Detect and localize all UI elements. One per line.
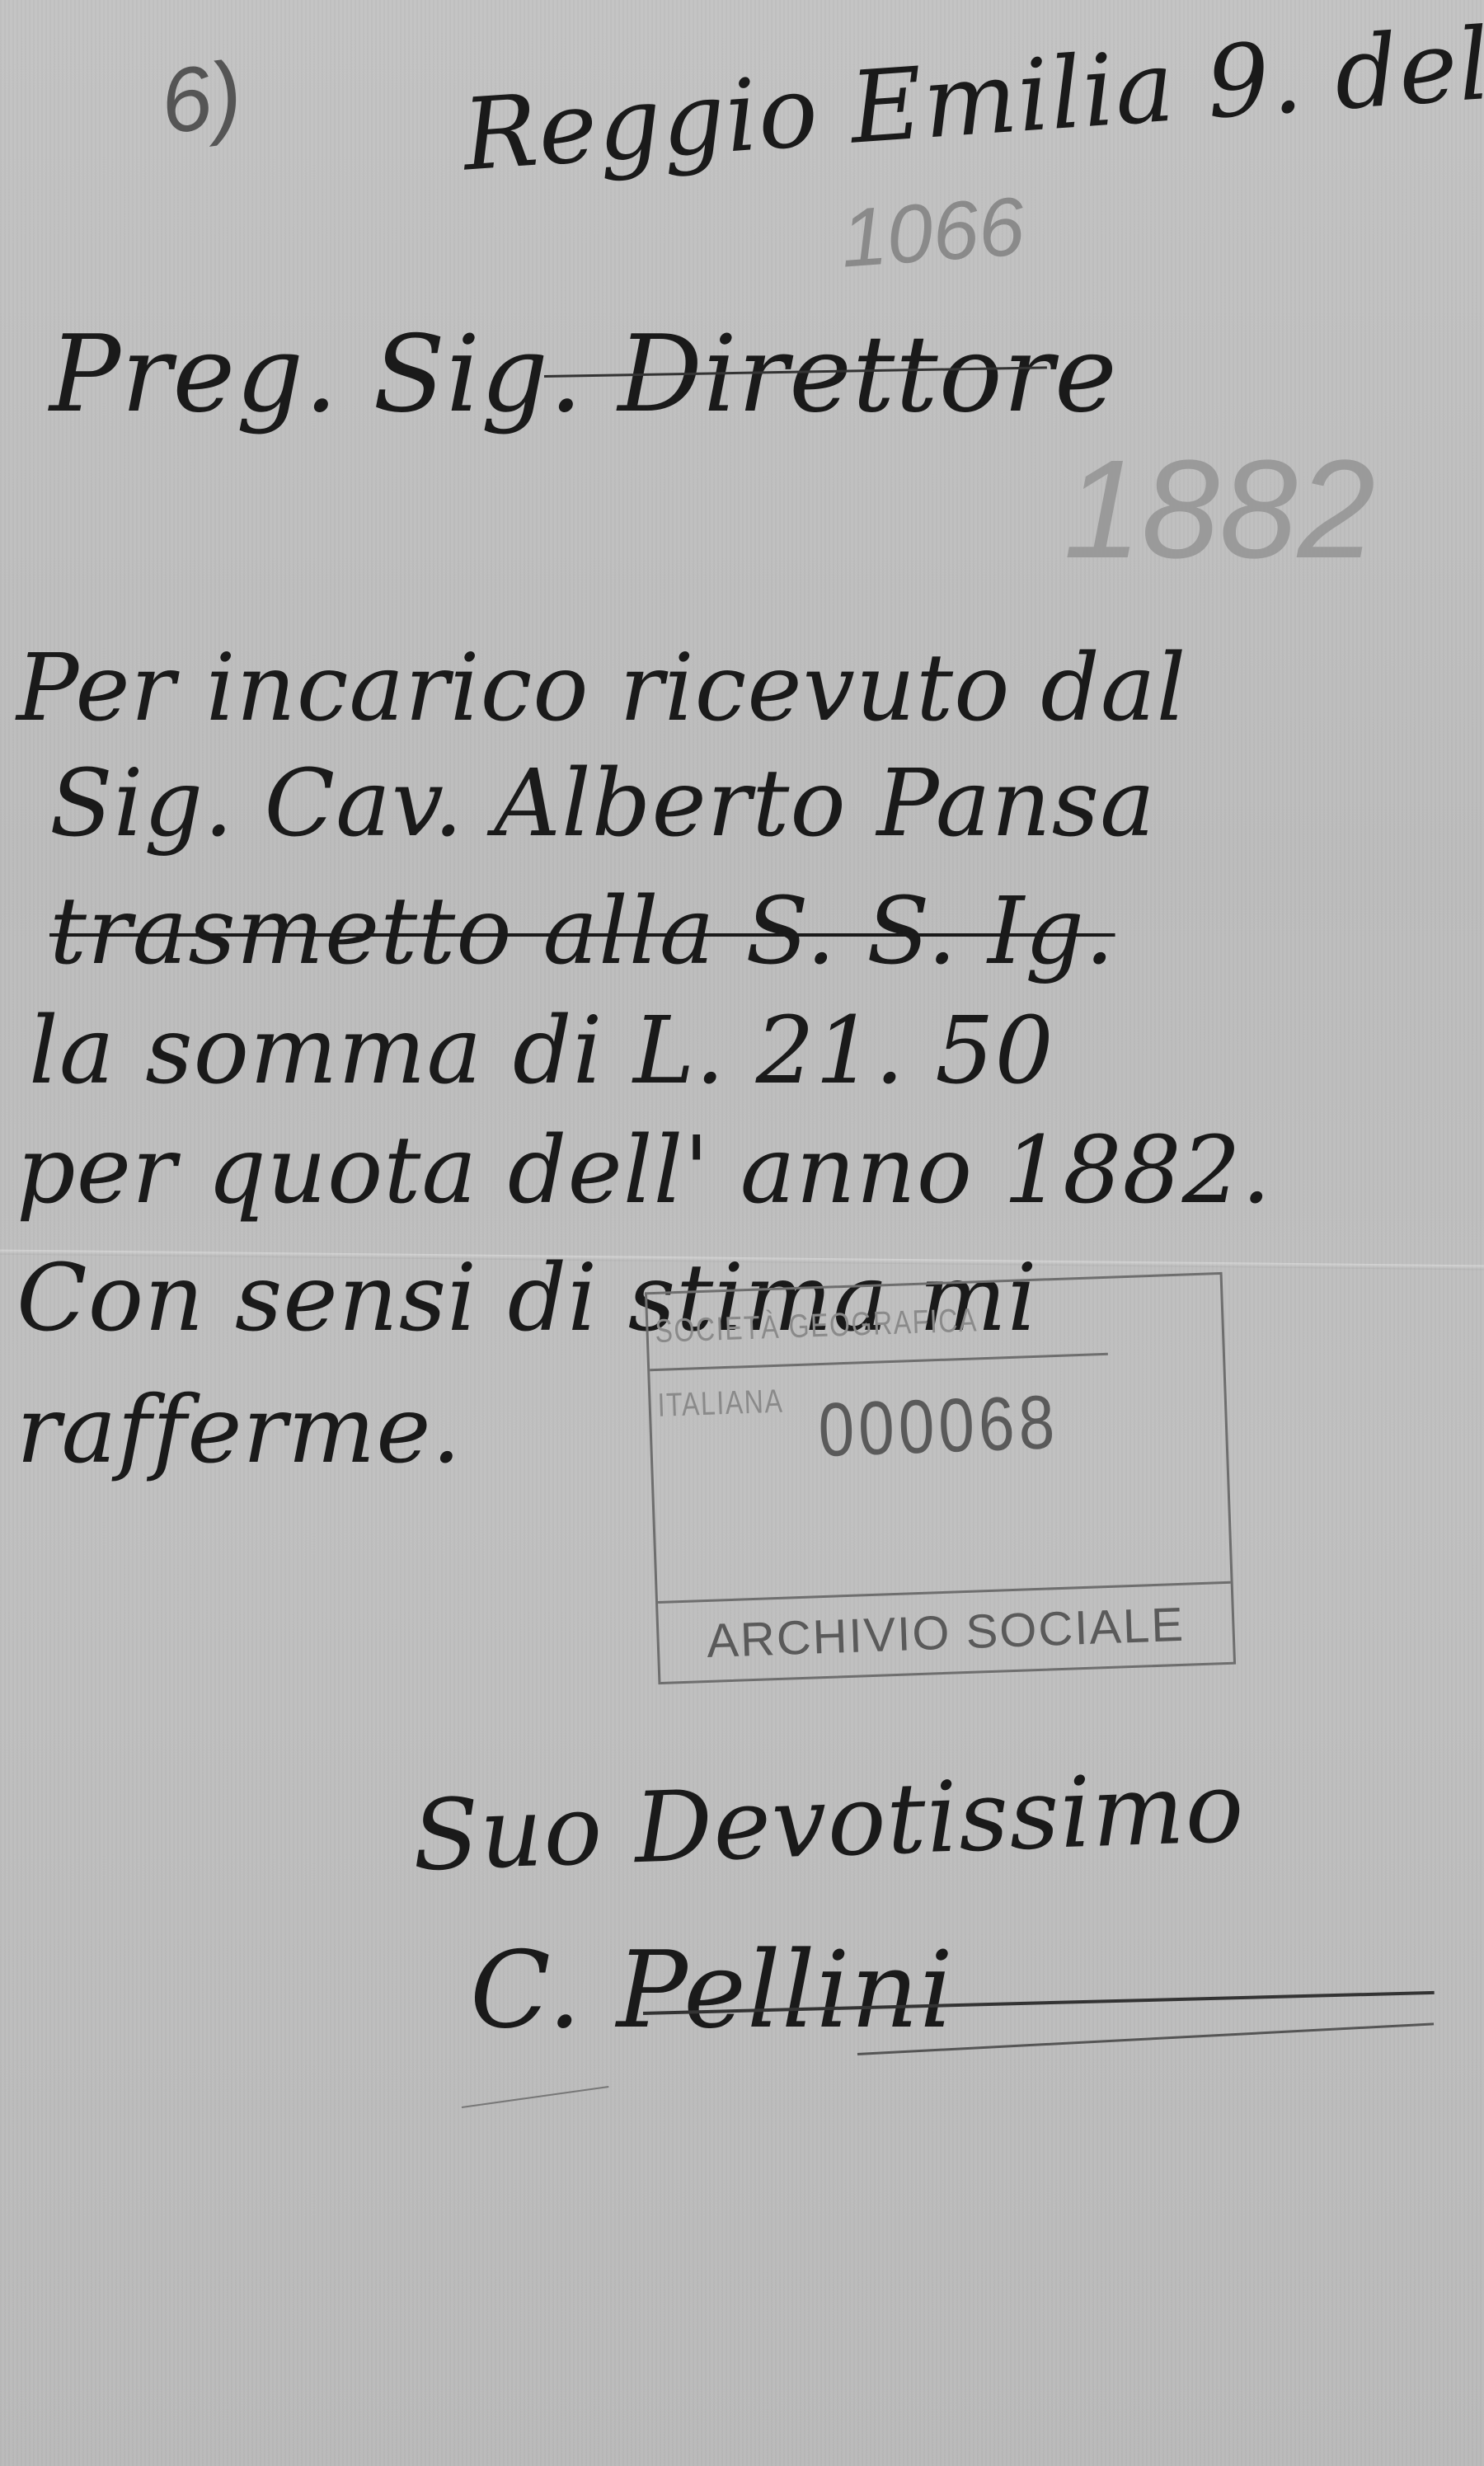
body-line-5: per quota dell' anno 1882. bbox=[16, 1117, 1271, 1224]
body-line-2: Sig. Cav. Alberto Pansa bbox=[49, 750, 1156, 857]
body-line-1: Per incarico ricevuto dal bbox=[16, 635, 1186, 742]
archive-mark: 6) bbox=[154, 40, 249, 155]
archive-stamp: SOCIETÀ GEOGRAFICA ITALIANA 000068 ARCHI… bbox=[645, 1272, 1236, 1684]
body-line-3: trasmetto alla S. S. Ig. bbox=[49, 878, 1115, 985]
stamp-number: 000068 bbox=[693, 1375, 1183, 1479]
pencil-number: 1066 bbox=[838, 179, 1027, 286]
pencil-year: 1882 bbox=[1064, 429, 1375, 590]
stamp-society-name: SOCIETÀ GEOGRAFICA ITALIANA bbox=[647, 1279, 1108, 1371]
body-line-4-amount: la somma di L. 21. 50 bbox=[29, 998, 1054, 1105]
stamp-archive-label: ARCHIVIO SOCIALE bbox=[658, 1581, 1233, 1682]
body-line-7: rafferme. bbox=[16, 1377, 462, 1484]
signature: C. Pellini bbox=[470, 1929, 954, 2052]
